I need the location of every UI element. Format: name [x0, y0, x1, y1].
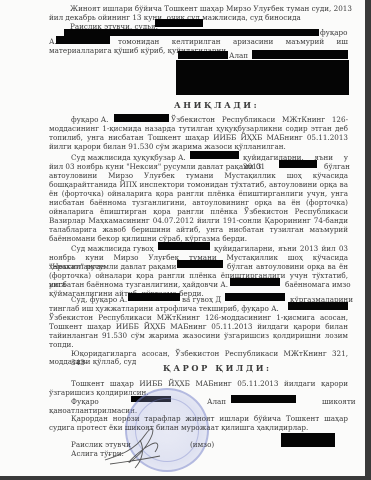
- redacted-name: [288, 302, 348, 310]
- text-line: бўлган: [324, 162, 350, 171]
- text-line: ён (форточка) ойналарига қора рангли плё…: [49, 189, 348, 198]
- redacted-judge-name: [281, 433, 335, 447]
- text-line: автоуловини Мирзо Улуғбек тумани Мустақи…: [49, 171, 348, 180]
- redacted-block: [176, 60, 349, 95]
- alap-label: Алап: [229, 51, 248, 60]
- text-line: баённомага имзо: [285, 280, 351, 289]
- redacted-plate: [177, 260, 223, 268]
- redacted-driver-name: [230, 278, 280, 286]
- text-line: талабларига жавоб беришини айтиб, унга н…: [49, 225, 348, 234]
- text-line: "Нексия" русумли давлат рақами: [49, 262, 176, 271]
- redacted-witness-name: [158, 242, 210, 250]
- redacted-applicant-name: [56, 36, 110, 44]
- redacted-name: [114, 114, 169, 122]
- header-line-5: томонидан келтирилган аризасини маъмурий…: [118, 37, 348, 46]
- text-line: Вазирлар Маҳкамасининг 04.07.2012 йилги …: [49, 216, 348, 225]
- text-line: тайинланган 91.530 сўм жарима жазосини ў…: [49, 331, 348, 340]
- redacted-plate: [279, 160, 317, 168]
- redacted-name: [190, 151, 239, 159]
- text-line: Суд, фуқаро А.: [71, 295, 127, 304]
- alap-label-2: Алап: [207, 397, 226, 406]
- section-heading-established: АНИҚЛАДИ:: [174, 100, 259, 110]
- redacted-name: [128, 293, 180, 301]
- text-line: Суд мажлисида гувоҳ: [71, 244, 154, 253]
- header-fuqaro: фуқаро: [320, 28, 347, 37]
- redacted-judge-name: [155, 19, 203, 27]
- text-line: йилги қарори билан 91.530 сўм жарима жаз…: [49, 142, 286, 151]
- redacted-name: [178, 51, 228, 59]
- section-heading-decided: ҚАРОР ҚИЛДИ:: [163, 363, 272, 373]
- text-line: қуйидагиларни, яъни 2013 йил 03: [214, 244, 348, 253]
- text-line: моддасини қўллаб, суд: [49, 357, 136, 366]
- text-line: моддасининг 1-қисмида назарда тутилган ҳ…: [49, 124, 348, 133]
- text-line: йил 03 ноябрь куни "Нексия" русумли давл…: [49, 162, 265, 171]
- text-line: тинглаб иш ҳужжатларини атрофлича текшир…: [49, 304, 279, 313]
- text-line: бўлган автоуловини орқа ва ён: [227, 262, 348, 271]
- text-line: шикояти: [322, 397, 356, 406]
- p1-prefix: фуқаро А.: [71, 115, 108, 124]
- text-line: нисбатан баённома тузганлигини, ҳайдовчи…: [49, 280, 228, 289]
- header-line-1: Жиноят ишлари бўйича Тошкент шаҳар Мирзо…: [70, 4, 352, 13]
- text-line: Ўзбекистон Республикаси МЖтКнинг 126-мод…: [49, 313, 348, 322]
- text-line: топилиб, унга нисбатан Тошкент шаҳар ИИБ…: [49, 133, 348, 142]
- text-line: Суд мажлисида ҳуқуқбузар А.: [71, 153, 186, 162]
- text-line: Тошкент шаҳар ИИББ ЙҲХБ МАБнинг 05.11.20…: [49, 322, 348, 331]
- redacted-name: [231, 395, 296, 403]
- court-decision-page: Жиноят ишлари бўйича Тошкент шаҳар Мирзо…: [0, 0, 365, 476]
- text-line: бошқарайтганида ЙПХ инспектори томонидан…: [49, 180, 348, 189]
- text-line: ойналарига ёпиштирган қора рангли плёнка…: [49, 207, 348, 216]
- text-line: Ўзбекистон Республикаси МЖтКнинг 126-: [171, 115, 348, 124]
- signature-label: (имзо): [190, 440, 214, 449]
- text-line: Фуқаро: [71, 397, 99, 406]
- redacted-name: [225, 293, 285, 301]
- signature-scribble: [100, 420, 170, 470]
- text-line: судига протест ёки шикоят билан мурожаат…: [49, 423, 308, 432]
- text-line: Тошкент шаҳар ИИББ ЙҲХБ МАБнинг 05.11.20…: [71, 379, 348, 388]
- text-line: ва гувоҳ Д: [182, 295, 221, 304]
- text-line: топди.: [49, 340, 74, 349]
- redacted-name: [252, 50, 348, 59]
- redacted-line: [64, 29, 319, 36]
- text-line: нисбатан баённома тузганлигини, автоулов…: [49, 198, 348, 207]
- text-line: баённомани бекор қилишни сўраб, кўргазма…: [49, 234, 247, 243]
